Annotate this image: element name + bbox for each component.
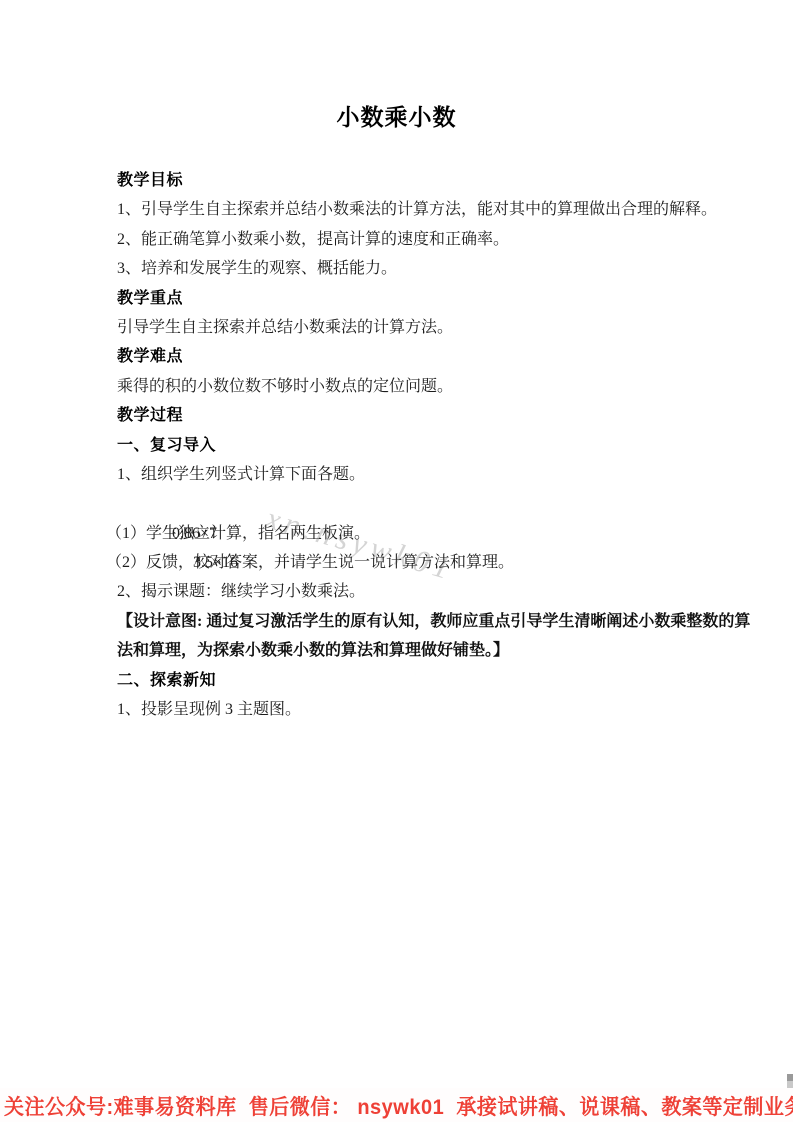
design-intent-line-2: 法和算理，为探索小数乘小数的算法和算理做好铺垫。】 (117, 636, 737, 665)
doc-line: 1、引导学生自主探索并总结小数乘法的计算方法，能对其中的算理做出合理的解释。 (117, 195, 737, 224)
doc-line: （2）反馈，校对答案，并请学生说一说计算方法和算理。 (106, 548, 737, 577)
math-expressions-line: 0.86×7 3.5×16 (148, 489, 737, 518)
doc-line: 引导学生自主探索并总结小数乘法的计算方法。 (117, 313, 737, 342)
doc-line: 1、组织学生列竖式计算下面各题。 (117, 460, 737, 489)
promo-footer-banner: 关注公众号:难事易资料库 售后微信： nsywk01 承接试讲稿、说课稿、教案等… (0, 1088, 793, 1122)
page-title: 小数乘小数 (0, 99, 793, 132)
subsection-heading-review: 一、复习导入 (117, 431, 737, 460)
doc-line: 乘得的积的小数位数不够时小数点的定位问题。 (117, 372, 737, 401)
promo-footer-text: 关注公众号:难事易资料库 售后微信： nsywk01 承接试讲稿、说课稿、教案等… (4, 1090, 793, 1120)
section-heading-key-points: 教学重点 (117, 284, 737, 313)
subsection-heading-explore: 二、探索新知 (117, 666, 737, 695)
doc-line: 2、揭示课题：继续学习小数乘法。 (117, 577, 737, 606)
doc-line: （1）学生独立计算，指名两生板演。 (106, 519, 737, 548)
section-heading-process: 教学过程 (117, 401, 737, 430)
doc-line: 2、能正确笔算小数乘小数，提高计算的速度和正确率。 (117, 225, 737, 254)
section-heading-difficulties: 教学难点 (117, 342, 737, 371)
doc-line: 1、投影呈现例 3 主题图。 (117, 695, 737, 724)
document-page: 小数乘小数 教学目标 1、引导学生自主探索并总结小数乘法的计算方法，能对其中的算… (0, 0, 793, 1122)
section-heading-teaching-goals: 教学目标 (117, 166, 737, 195)
design-intent-line-1: 【设计意图: 通过复习激活学生的原有认知，教师应重点引导学生清晰阐述小数乘整数的… (117, 607, 737, 636)
doc-line: 3、培养和发展学生的观察、概括能力。 (117, 254, 737, 283)
scrollbar-thumb-cap (787, 1074, 793, 1081)
document-body: 教学目标 1、引导学生自主探索并总结小数乘法的计算方法，能对其中的算理做出合理的… (117, 166, 737, 724)
